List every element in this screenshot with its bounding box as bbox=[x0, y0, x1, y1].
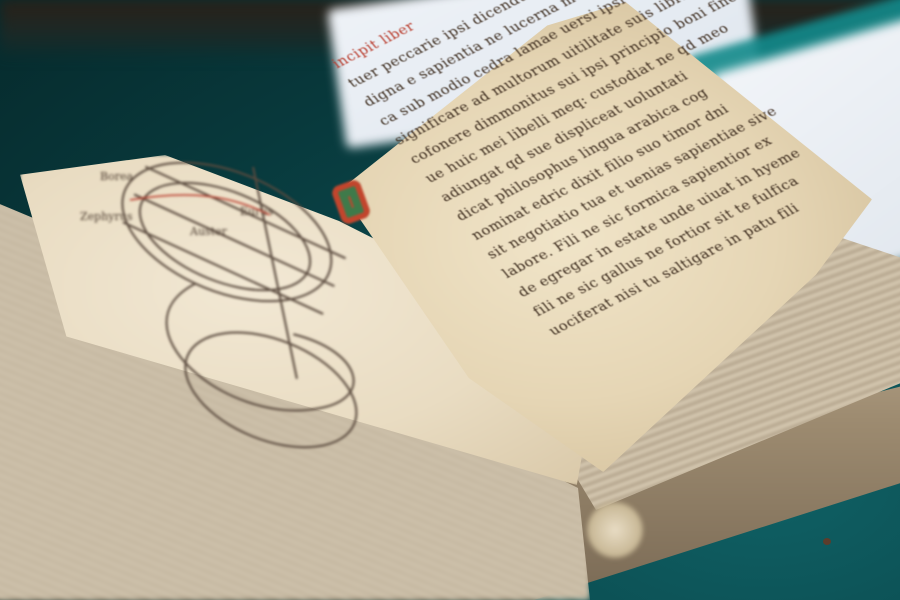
binding-thread bbox=[585, 500, 645, 560]
cloth-speck bbox=[823, 538, 831, 545]
svg-text:Auster: Auster bbox=[189, 225, 228, 238]
svg-text:Borea: Borea bbox=[100, 170, 133, 183]
photo-scene: Borea Eurus Auster Zephyrus incipit libe… bbox=[0, 0, 900, 600]
svg-text:Zephyrus: Zephyrus bbox=[80, 210, 133, 223]
svg-text:Eurus: Eurus bbox=[240, 205, 273, 218]
